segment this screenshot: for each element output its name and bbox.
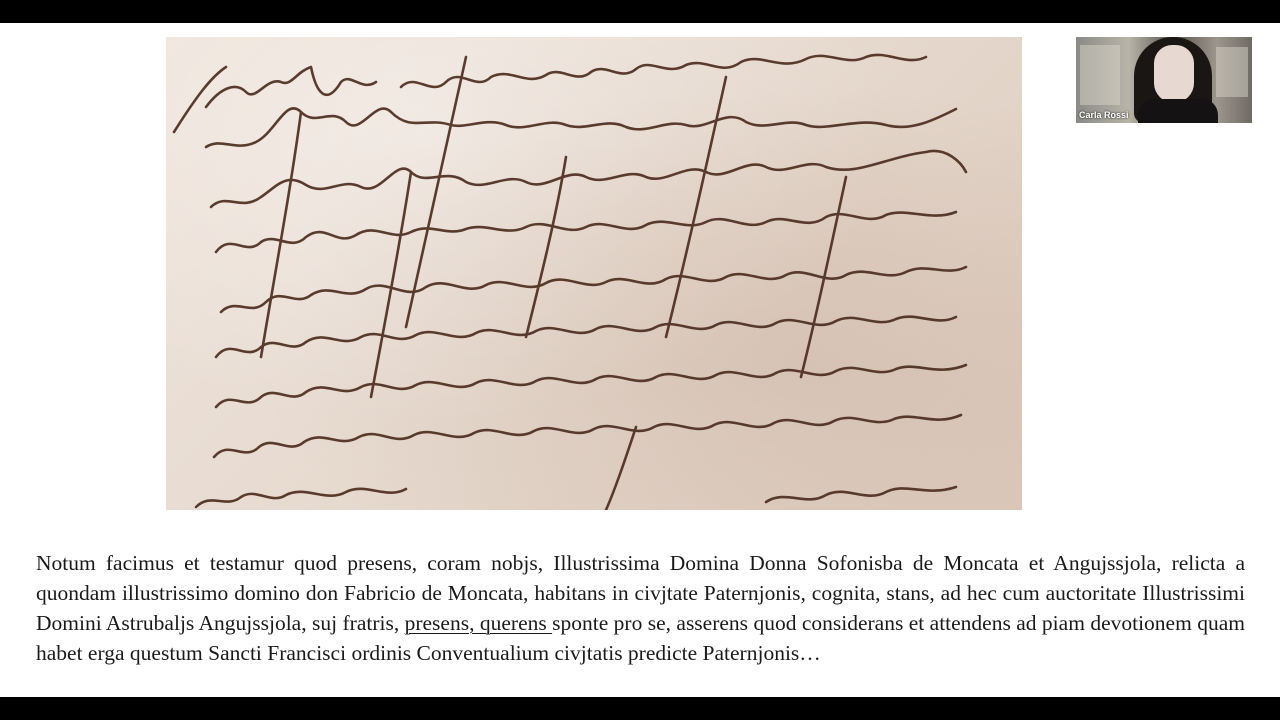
background-bookshelf [1216,47,1248,97]
participant-video-thumbnail[interactable]: Carla Rossi [1076,37,1252,123]
background-bookshelf [1080,45,1120,105]
letterbox-top [0,0,1280,23]
manuscript-image [166,37,1022,510]
handwriting-strokes [166,37,1022,510]
participant-name-label: Carla Rossi [1079,110,1129,120]
participant-body [1138,99,1218,123]
transcription-underlined-phrase: presens, querens [405,611,553,635]
participant-face [1154,45,1194,103]
presentation-slide: Carla Rossi Notum facimus et testamur qu… [0,23,1280,697]
transcription-paragraph: Notum facimus et testamur quod presens, … [36,548,1245,668]
letterbox-bottom [0,697,1280,720]
